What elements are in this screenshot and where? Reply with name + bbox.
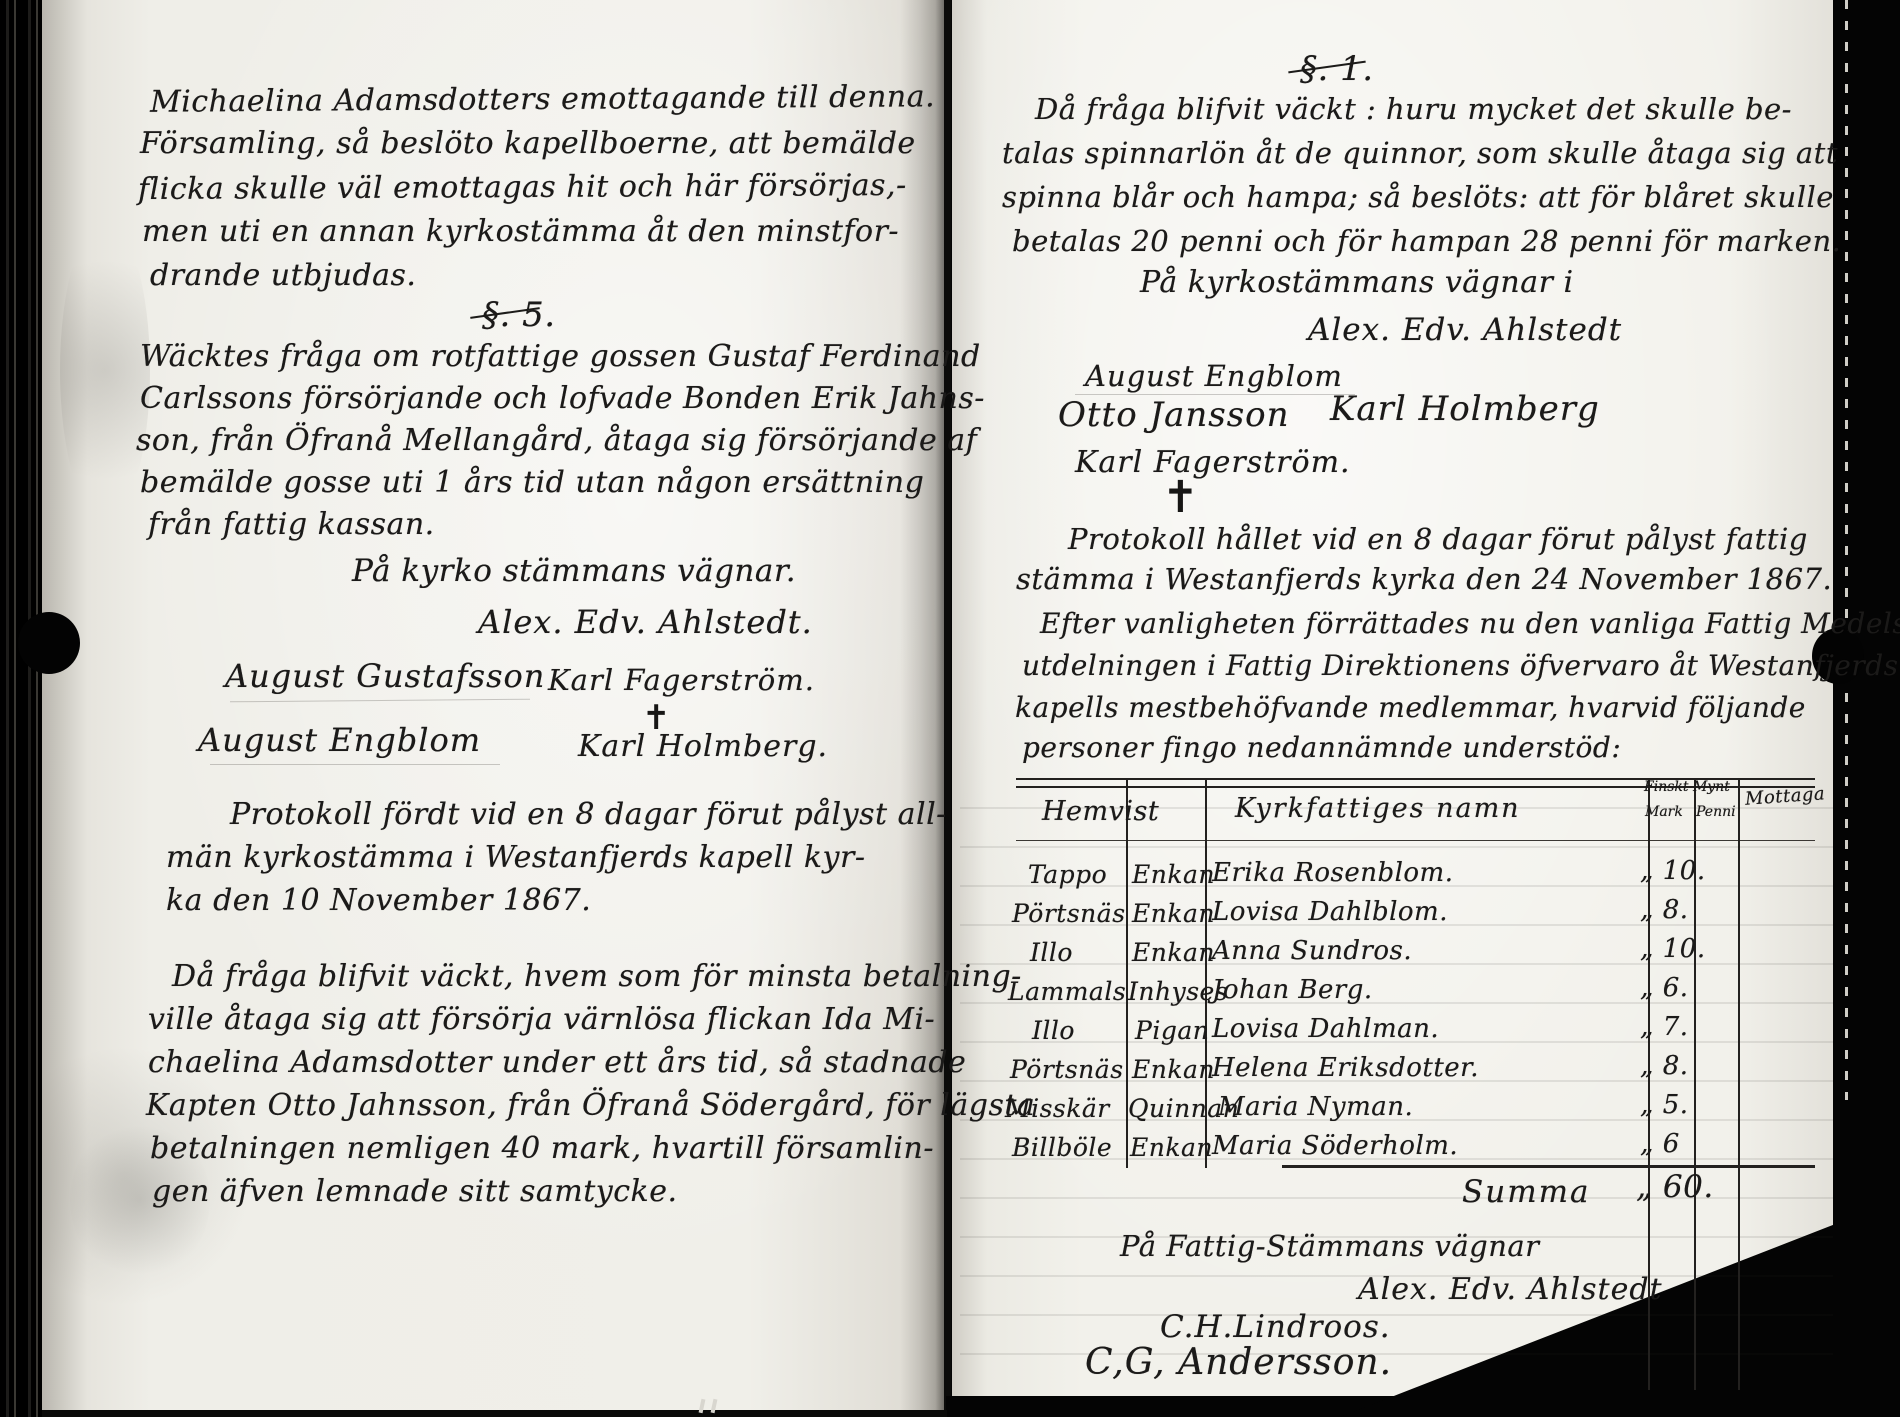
summa-separator-rule — [1282, 1165, 1815, 1168]
signature-gustafsson: August Gustafsson — [225, 660, 545, 692]
right-paragraph1-line: talas spinnarlön åt de quinnor, som skul… — [1002, 139, 1838, 168]
table-header-penni: Penni — [1696, 805, 1736, 819]
left-paragraph2-line: Carlssons försörjande och lofvade Bonden… — [140, 384, 985, 414]
paper-stain — [60, 220, 150, 520]
signature-lindroos: C.H.Lindroos. — [1160, 1312, 1391, 1343]
gutter-shadow — [900, 0, 944, 1417]
summa-value: „ 60. — [1636, 1172, 1714, 1203]
fattig-on-behalf-line: På Fattig-Stämmans vägnar — [1120, 1232, 1540, 1261]
left-paragraph4-line: chaelina Adamsdotter under ett års tid, … — [148, 1048, 966, 1078]
signature-jansson: Otto Jansson — [1058, 398, 1290, 432]
signature-ahlstedt: Alex. Edv. Ahlstedt. — [478, 606, 813, 638]
table-cell-belopp: „ 10. — [1640, 936, 1706, 962]
table-header-hemvist: Hemvist — [1042, 798, 1159, 825]
right-paragraph1-line: Då fråga blifvit väckt : huru mycket det… — [1035, 95, 1792, 124]
table-cell-hemvist: Tappo — [1028, 862, 1107, 887]
table-cell-hemvist: Billböle — [1012, 1135, 1112, 1160]
left-paragraph1-line: flicka skulle väl emottagas hit och här … — [138, 171, 907, 205]
table-cell-hemvist: Pörtsnäs — [1012, 901, 1126, 926]
right-paragraph1-line: betalas 20 penni och för hampan 28 penni… — [1012, 227, 1841, 256]
table-cell-belopp: „ 10. — [1640, 858, 1706, 884]
right-paragraph3-line: utdelningen i Fattig Direktionens öfverv… — [1022, 652, 1899, 680]
table-cell-hemvist: Illo — [1030, 940, 1073, 965]
left-paragraph4-line: Kapten Otto Jahnsson, från Öfranå Söderg… — [146, 1091, 1035, 1121]
table-cell-status: Enkan — [1132, 1057, 1215, 1082]
left-paragraph2-line: bemälde gosse uti 1 års tid utan någon e… — [140, 468, 924, 498]
left-paragraph3-line: Protokoll fördt vid en 8 dagar förut pål… — [230, 800, 947, 830]
table-cell-namn: Helena Eriksdotter. — [1212, 1055, 1479, 1081]
signature-holmberg: Karl Holmberg. — [578, 732, 828, 762]
right-paragraph2-line: Protokoll hållet vid en 8 dagar förut på… — [1068, 525, 1808, 554]
table-cell-belopp: „ 6 — [1640, 1131, 1680, 1157]
table-cell-namn: Lovisa Dahlman. — [1212, 1016, 1439, 1042]
table-header-mynt: Finskt Mynt — [1644, 780, 1730, 794]
right-paragraph3-line: kapells mestbehöfvande medlemmar, hvarvi… — [1015, 694, 1806, 722]
table-cell-status: Enkan — [1132, 940, 1215, 965]
table-cell-belopp: „ 5. — [1640, 1092, 1689, 1118]
left-paragraph2-line: Wäcktes fråga om rotfattige gossen Gusta… — [140, 342, 981, 372]
signature-fagerstrom: Karl Fagerström. — [1075, 448, 1351, 478]
signature-guide-line — [210, 764, 500, 765]
signature-ahlstedt: Alex. Edv. Ahlstedt — [1308, 315, 1622, 346]
table-cell-belopp: „ 8. — [1640, 897, 1689, 923]
page-edge-dashes — [1845, 0, 1848, 1100]
table-column-rule — [1738, 778, 1740, 1390]
table-header-mark: Mark — [1645, 805, 1683, 819]
table-cell-namn: Erika Rosenblom. — [1212, 860, 1453, 886]
left-paragraph4-line: gen äfven lemnade sitt samtycke. — [152, 1177, 678, 1207]
table-cell-belopp: „ 6. — [1640, 975, 1689, 1001]
right-paragraph3-line: personer fingo nedannämnde understöd: — [1022, 734, 1621, 762]
left-paragraph1-line: Församling, så beslöto kapellboerne, att… — [140, 129, 916, 159]
gutter-fold-line — [944, 0, 951, 1417]
cross-mark-icon: ✝ — [1162, 472, 1199, 523]
table-cell-namn: Lovisa Dahlblom. — [1212, 899, 1448, 925]
right-on-behalf-line: På kyrkostämmans vägnar i — [1140, 268, 1574, 298]
table-cell-belopp: „ 8. — [1640, 1053, 1689, 1079]
table-cell-hemvist: Misskär — [1005, 1096, 1110, 1121]
table-header-namn: Kyrkfattiges namn — [1235, 795, 1521, 822]
left-paragraph4-line: Då fråga blifvit väckt, hvem som för min… — [172, 962, 1022, 992]
left-on-behalf-line: På kyrko stämmans vägnar. — [352, 556, 796, 587]
left-paragraph3-line: ka den 10 November 1867. — [166, 886, 591, 916]
left-paragraph4-line: ville åtaga sig att försörja värnlösa fl… — [148, 1005, 935, 1035]
table-cell-hemvist: Illo — [1032, 1018, 1075, 1043]
signature-holmberg: Karl Holmberg — [1330, 392, 1600, 426]
table-cell-status: Enkan — [1132, 862, 1215, 887]
table-cell-namn: Johan Berg. — [1212, 977, 1373, 1003]
signature-fagerstrom: Karl Fagerström. — [548, 666, 815, 695]
signature-engblom: August Engblom — [198, 724, 481, 756]
summa-label: Summa — [1462, 1177, 1590, 1208]
table-cell-namn: Anna Sundros. — [1212, 938, 1412, 964]
binding-clamp-mark-left — [18, 612, 80, 674]
right-paragraph2-line: stämma i Westanfjerds kyrka den 24 Novem… — [1016, 565, 1832, 594]
scanned-book-spread: Michaelina Adamsdotters emottagande till… — [0, 0, 1900, 1417]
table-cell-belopp: „ 7. — [1640, 1014, 1689, 1040]
right-paragraph1-line: spinna blår och hampa; så beslöts: att f… — [1002, 183, 1834, 212]
left-paragraph1-line: drande utbjudas. — [150, 261, 416, 291]
left-paragraph3-line: män kyrkostämma i Westanfjerds kapell ky… — [166, 843, 865, 873]
right-paragraph3-line: Efter vanligheten förrättades nu den van… — [1040, 610, 1900, 638]
book-edge-stack — [0, 0, 42, 1417]
scan-right-edge — [1833, 0, 1900, 1417]
table-cell-hemvist: Lammals — [1008, 979, 1126, 1004]
signature-ahlstedt-2: Alex. Edv. Ahlstedt — [1358, 1275, 1663, 1305]
table-cell-hemvist: Pörtsnäs — [1010, 1057, 1124, 1082]
left-paragraph1-line: Michaelina Adamsdotters emottagande till… — [150, 82, 935, 117]
left-paragraph2-line: från fattig kassan. — [148, 510, 435, 540]
table-cell-status: Pigan — [1135, 1018, 1209, 1043]
table-cell-namn: Maria Nyman. — [1218, 1094, 1413, 1120]
signature-andersson: C,G, Andersson. — [1085, 1345, 1392, 1381]
table-cell-namn: Maria Söderholm. — [1212, 1133, 1458, 1159]
scan-bottom-edge-left — [42, 1410, 947, 1417]
left-paragraph2-line: son, från Öfranå Mellangård, åtaga sig f… — [136, 426, 977, 456]
left-paragraph1-line: men uti en annan kyrkostämma åt den mins… — [142, 217, 899, 247]
table-cell-status: Enkan — [1130, 1135, 1213, 1160]
table-cell-status: Enkan — [1132, 901, 1215, 926]
signature-engblom: August Engblom — [1085, 362, 1343, 391]
left-paragraph4-line: betalningen nemligen 40 mark, hvartill f… — [150, 1134, 934, 1164]
